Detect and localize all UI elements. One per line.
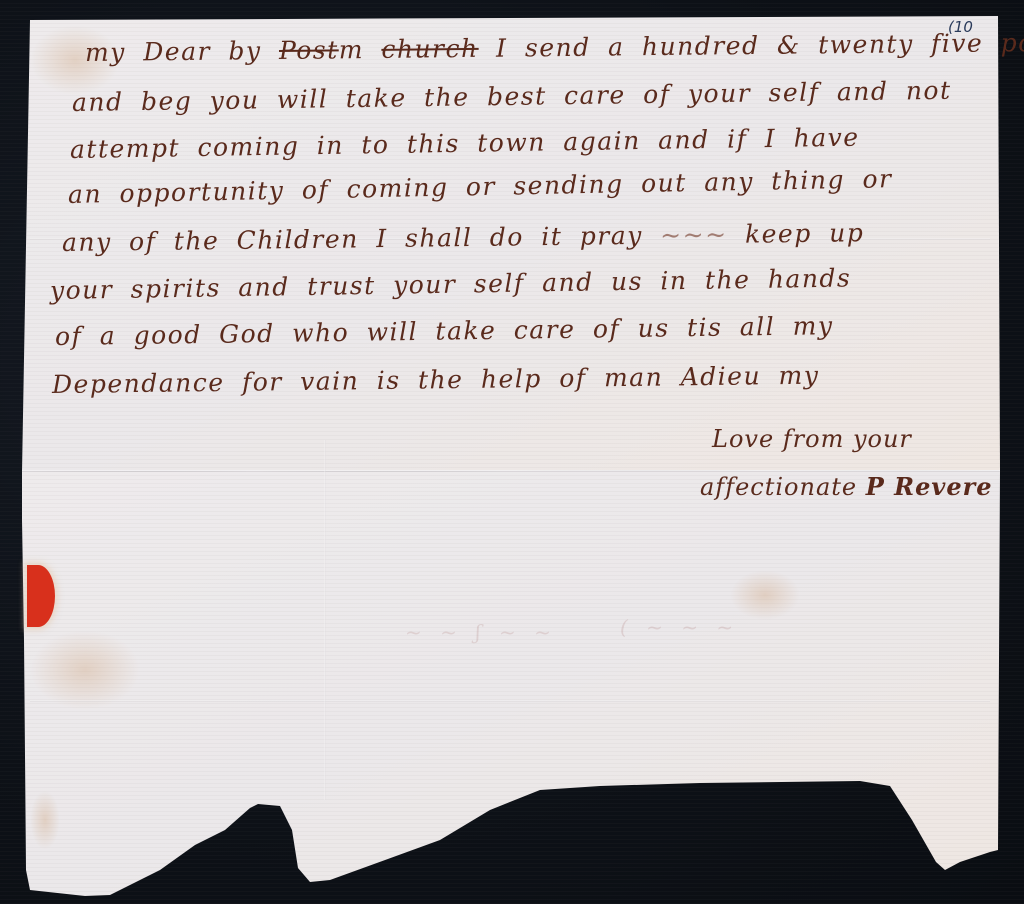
line-text: keep up	[727, 218, 864, 249]
letter-line-7: of a good God who will take care of us t…	[55, 311, 834, 351]
line-text: my Dear by	[85, 36, 279, 67]
line-text: I send a hundred & twenty five pounds	[478, 27, 1024, 63]
struck-word: church	[381, 34, 479, 64]
letter-line-6: your spirits and trust your self and us …	[50, 263, 852, 305]
letter-line-3: attempt coming in to this town again and…	[70, 123, 860, 164]
letter-line-1: my Dear by Postm church I send a hundred…	[85, 27, 1024, 67]
line-text: any of the Children I shall do it pray	[62, 221, 661, 257]
letter-line-4: an opportunity of coming or sending out …	[68, 164, 893, 209]
letter-line-2: and beg you will take the best care of y…	[72, 76, 952, 117]
closing-text: affectionate	[700, 473, 857, 501]
signature: P Revere	[866, 472, 993, 501]
struck-word: Post	[279, 35, 339, 65]
line-text: m	[339, 35, 382, 64]
ink-blot: ~~~	[660, 220, 728, 250]
letter-line-8: Dependance for vain is the help of man A…	[52, 361, 820, 399]
letter-content: (10 my Dear by Postm church I send a hun…	[0, 0, 1024, 904]
closing-line-2: affectionate P Revere	[700, 472, 993, 501]
closing-line-1: Love from your	[712, 425, 912, 453]
letter-line-5: any of the Children I shall do it pray ~…	[62, 218, 865, 257]
